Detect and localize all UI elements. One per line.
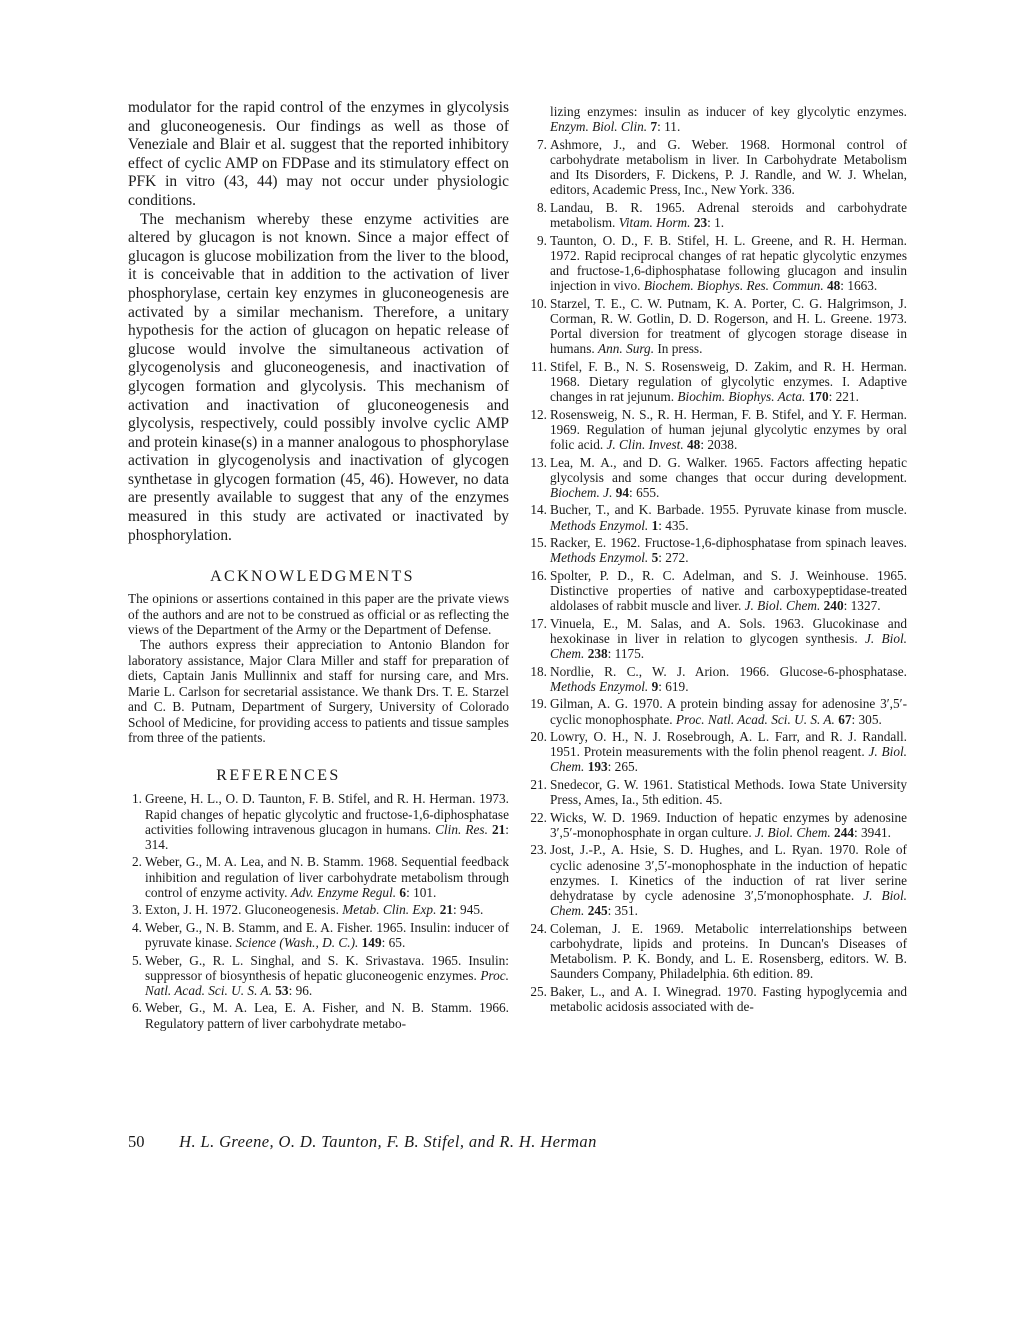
reference-pages: 3941. [861,825,891,840]
reference-pages: 96. [296,983,313,998]
references-list-right: lizing enzymes: insulin as inducer of ke… [528,104,907,1014]
reference-pages: 11. [664,119,680,134]
reference-journal: Proc. Natl. Acad. Sci. U. S. A. [676,712,835,727]
reference-number: 13. [528,455,547,470]
reference-number: 18. [528,664,547,679]
reference-number: 12. [528,407,547,422]
reference-volume: 53 [275,983,288,998]
reference-volume: 94 [616,485,629,500]
reference-item: 23.Jost, J.-P., A. Hsie, S. D. Hughes, a… [528,842,907,918]
reference-volume: 238 [588,646,608,661]
reference-item: 21.Snedecor, G. W. 1961. Statistical Met… [528,777,907,807]
reference-pages: 435. [665,518,688,533]
reference-item: 4.Weber, G., N. B. Stamm, and E. A. Fish… [128,920,509,950]
reference-journal: Adv. Enzyme Regul. [291,885,396,900]
reference-pages: 619. [665,679,688,694]
reference-number: 8. [528,200,547,215]
reference-item: 6.Weber, G., M. A. Lea, E. A. Fisher, an… [128,1000,509,1030]
reference-number: 9. [528,233,547,248]
body-paragraph: The mechanism whereby these enzyme activ… [128,211,509,546]
reference-number: 24. [528,921,547,936]
reference-volume: 67 [838,712,851,727]
reference-number: 21. [528,777,547,792]
reference-journal: Ann. Surg. [598,341,654,356]
reference-number: 3. [128,902,142,917]
reference-pages: 945. [460,902,483,917]
reference-number: 22. [528,810,547,825]
reference-text: Nordlie, R. C., W. J. Arion. 1966. Gluco… [550,664,907,679]
reference-pages: 1327. [851,598,881,613]
reference-item: 24.Coleman, J. E. 1969. Metabolic interr… [528,921,907,982]
reference-journal: Science (Wash., D. C.). [235,935,358,950]
references-list-left: 1.Greene, H. L., O. D. Taunton, F. B. St… [128,791,509,1031]
reference-pages: 221. [836,389,859,404]
reference-journal: Enzym. Biol. Clin. [550,119,647,134]
reference-journal: Metab. Clin. Exp. [342,902,436,917]
reference-text: Lea, M. A., and D. G. Walker. 1965. Fact… [550,455,907,485]
reference-number: 6. [128,1000,142,1015]
reference-text: Vinuela, E., M. Salas, and A. Sols. 1963… [550,616,907,646]
reference-journal: Biochem. Biophys. Res. Commun. [644,278,824,293]
reference-text: Weber, G., M. A. Lea, E. A. Fisher, and … [145,1000,509,1030]
reference-number: 17. [528,616,547,631]
acknowledgments-paragraph: The opinions or assertions contained in … [128,591,509,637]
reference-volume: 9 [652,679,659,694]
reference-number: 25. [528,984,547,999]
reference-pages: 1663. [847,278,877,293]
reference-volume: 170 [809,389,829,404]
reference-item: 20.Lowry, O. H., N. J. Rosebrough, A. L.… [528,729,907,775]
reference-item: 14.Bucher, T., and K. Barbade. 1955. Pyr… [528,502,907,532]
reference-item: 13.Lea, M. A., and D. G. Walker. 1965. F… [528,455,907,501]
reference-journal: J. Clin. Invest. [607,437,684,452]
reference-number: 20. [528,729,547,744]
reference-pages: 655. [636,485,659,500]
acknowledgments-paragraph: The authors express their appreciation t… [128,637,509,745]
reference-journal: Biochem. J. [550,485,612,500]
reference-volume: 6 [399,885,406,900]
reference-volume: 21 [440,902,453,917]
reference-number: 7. [528,137,547,152]
reference-number: 10. [528,296,547,311]
right-column: lizing enzymes: insulin as inducer of ke… [528,104,907,1017]
reference-item: 11.Stifel, F. B., N. S. Rosensweig, D. Z… [528,359,907,405]
reference-number: 1. [128,791,142,806]
reference-item: 22.Wicks, W. D. 1969. Induction of hepat… [528,810,907,840]
reference-volume: 244 [834,825,854,840]
reference-item: 7.Ashmore, J., and G. Weber. 1968. Hormo… [528,137,907,198]
reference-journal: Methods Enzymol. [550,550,648,565]
reference-number: 16. [528,568,547,583]
reference-volume: 21 [492,822,505,837]
reference-pages: In press. [657,341,702,356]
reference-pages: 314. [145,837,168,852]
acknowledgments-heading: ACKNOWLEDGMENTS [128,568,509,586]
reference-text: Landau, B. R. 1965. Adrenal steroids and… [550,200,907,230]
reference-text: Racker, E. 1962. Fructose-1,6-diphosphat… [550,535,907,550]
reference-pages: 2038. [707,437,737,452]
reference-pages: 351. [615,903,638,918]
reference-volume: 1 [652,518,659,533]
reference-number: 11. [528,359,547,374]
reference-pages: 265. [615,759,638,774]
reference-item: 9.Taunton, O. D., F. B. Stifel, H. L. Gr… [528,233,907,294]
reference-item: 2.Weber, G., M. A. Lea, and N. B. Stamm.… [128,854,509,900]
references-heading: REFERENCES [128,767,509,785]
running-authors: H. L. Greene, O. D. Taunton, F. B. Stife… [179,1132,597,1151]
reference-text: Jost, J.-P., A. Hsie, S. D. Hughes, and … [550,842,907,903]
body-paragraph: modulator for the rapid control of the e… [128,99,509,211]
reference-volume: 240 [824,598,844,613]
reference-volume: 23 [694,215,707,230]
reference-pages: 305. [859,712,882,727]
reference-journal: Biochim. Biophys. Acta. [677,389,805,404]
reference-text: Snedecor, G. W. 1961. Statistical Method… [550,777,907,807]
reference-pages: 1175. [615,646,644,661]
reference-journal: Methods Enzymol. [550,518,648,533]
reference-item: 15.Racker, E. 1962. Fructose-1,6-diphosp… [528,535,907,565]
reference-item: 25.Baker, L., and A. I. Winegrad. 1970. … [528,984,907,1014]
reference-text: Ashmore, J., and G. Weber. 1968. Hormona… [550,137,907,198]
reference-text: lizing enzymes: insulin as inducer of ke… [550,104,907,119]
reference-text: Weber, G., R. L. Singhal, and S. K. Sriv… [145,953,509,983]
reference-volume: 7 [650,119,657,134]
reference-text: Baker, L., and A. I. Winegrad. 1970. Fas… [550,984,907,1014]
reference-item: 18.Nordlie, R. C., W. J. Arion. 1966. Gl… [528,664,907,694]
page-number: 50 [128,1132,175,1152]
reference-number: 15. [528,535,547,550]
reference-text: Lowry, O. H., N. J. Rosebrough, A. L. Fa… [550,729,907,759]
reference-volume: 149 [362,935,382,950]
reference-number: 19. [528,696,547,711]
reference-item: 16.Spolter, P. D., R. C. Adelman, and S.… [528,568,907,614]
reference-journal: Methods Enzymol. [550,679,648,694]
reference-pages: 101. [413,885,436,900]
reference-item: 3.Exton, J. H. 1972. Gluconeogenesis. Me… [128,902,509,917]
reference-pages: 272. [665,550,688,565]
reference-volume: 48 [827,278,840,293]
reference-journal: Clin. Res. [435,822,488,837]
reference-number: 14. [528,502,547,517]
reference-number: 2. [128,854,142,869]
reference-text: Exton, J. H. 1972. Gluconeogenesis. [145,902,342,917]
reference-volume: 245 [588,903,608,918]
reference-pages: 1. [714,215,724,230]
reference-number: 4. [128,920,142,935]
reference-journal: J. Biol. Chem. [745,598,821,613]
reference-text: Coleman, J. E. 1969. Metabolic interrela… [550,921,907,982]
page-footer: 50 H. L. Greene, O. D. Taunton, F. B. St… [128,1132,728,1152]
reference-number: 5. [128,953,142,968]
reference-journal: Vitam. Horm. [619,215,691,230]
reference-item: 5.Weber, G., R. L. Singhal, and S. K. Sr… [128,953,509,999]
reference-text: Bucher, T., and K. Barbade. 1955. Pyruva… [550,502,907,517]
reference-volume: 5 [652,550,659,565]
reference-item: 8.Landau, B. R. 1965. Adrenal steroids a… [528,200,907,230]
reference-item: 17.Vinuela, E., M. Salas, and A. Sols. 1… [528,616,907,662]
reference-continuation: lizing enzymes: insulin as inducer of ke… [528,104,907,134]
reference-volume: 193 [588,759,608,774]
reference-volume: 48 [687,437,700,452]
reference-pages: 65. [389,935,406,950]
reference-item: 19.Gilman, A. G. 1970. A protein binding… [528,696,907,726]
left-column: modulator for the rapid control of the e… [128,99,509,1033]
reference-number: 23. [528,842,547,857]
reference-journal: J. Biol. Chem. [755,825,831,840]
reference-item: 12.Rosensweig, N. S., R. H. Herman, F. B… [528,407,907,453]
reference-text: Wicks, W. D. 1969. Induction of hepatic … [550,810,907,840]
reference-item: 1.Greene, H. L., O. D. Taunton, F. B. St… [128,791,509,852]
reference-item: 10.Starzel, T. E., C. W. Putnam, K. A. P… [528,296,907,357]
